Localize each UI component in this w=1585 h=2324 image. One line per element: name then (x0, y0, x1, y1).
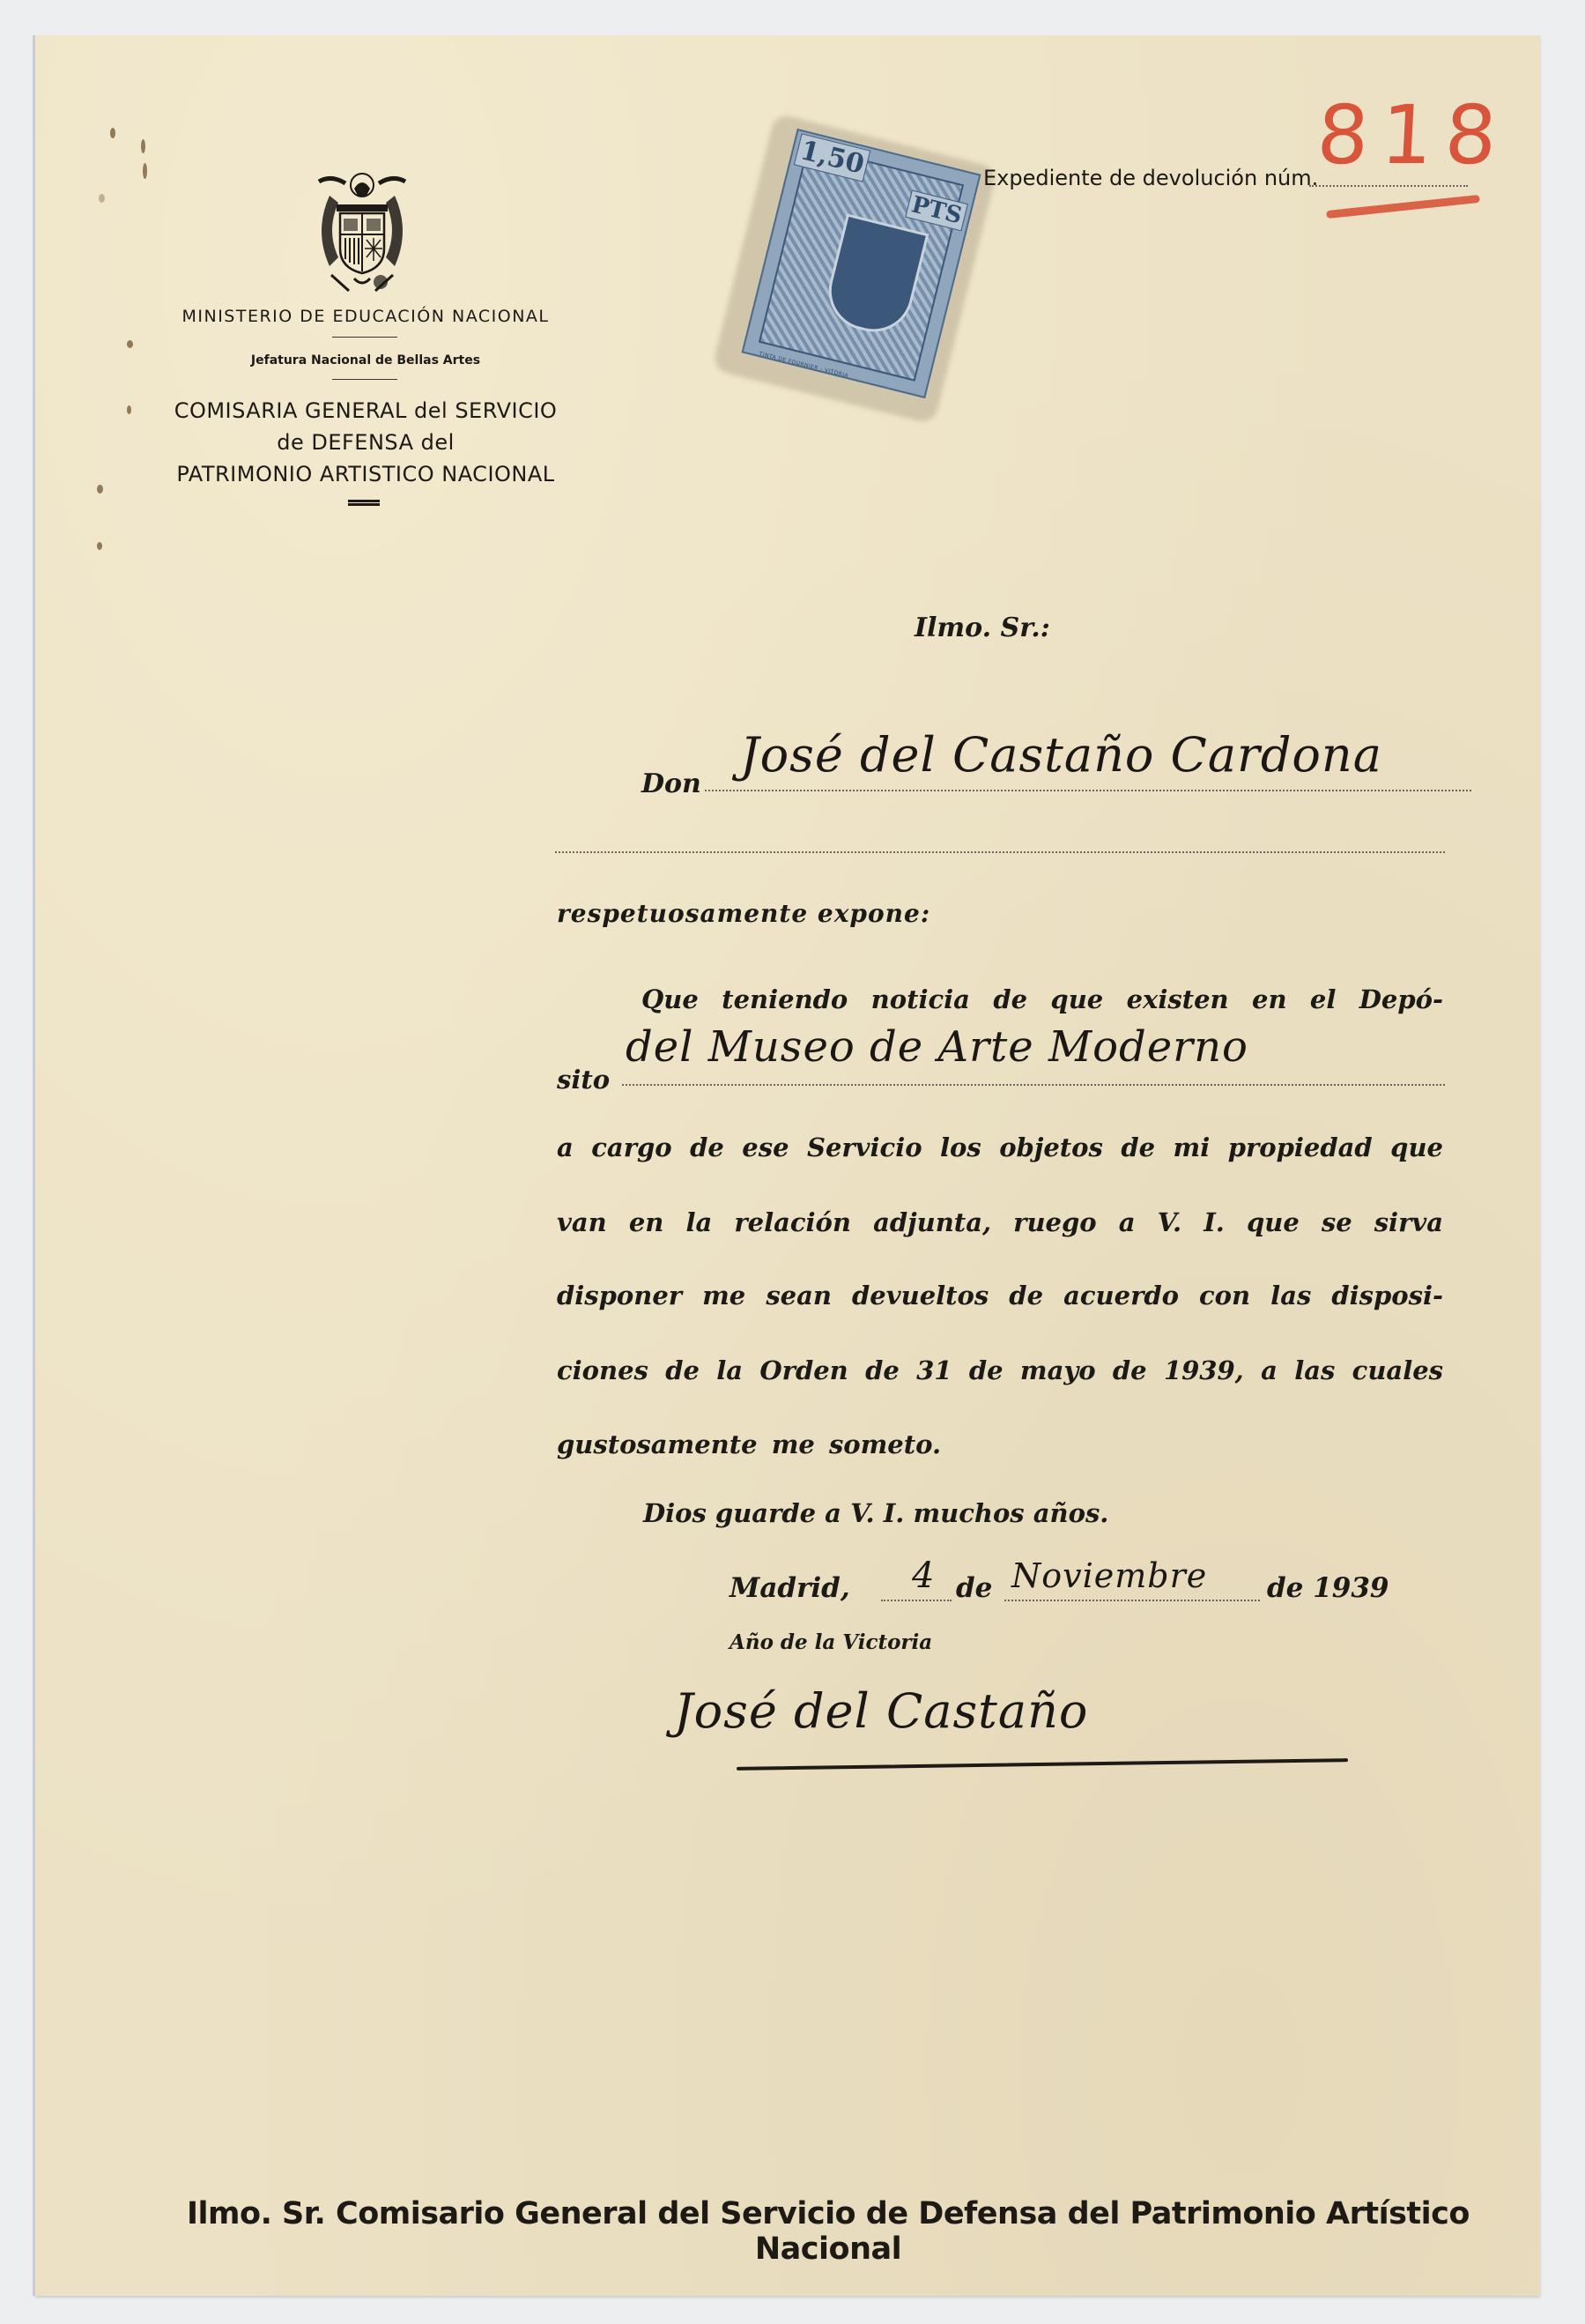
office-line: COMISARIA GENERAL del SERVICIO (145, 395, 586, 427)
office-line: de DEFENSA del (145, 427, 586, 458)
divider (332, 379, 397, 380)
body-line: disponer me sean devueltos de acuerdo co… (557, 1281, 1443, 1310)
date-day: 4 (912, 1556, 935, 1596)
blank-line (555, 851, 1445, 853)
body-line: van en la relación adjunta, ruego a V. I… (557, 1207, 1443, 1237)
date-year: de 1939 (1267, 1572, 1389, 1604)
document-page: MINISTERIO DE EDUCACIÓN NACIONAL Jefatur… (35, 35, 1540, 2296)
signature: José del Castaño (674, 1683, 1088, 1739)
depot-field-line (622, 1084, 1445, 1086)
double-rule (348, 500, 380, 506)
intro-text: respetuosamente expone: (557, 899, 930, 928)
body-line: sito (557, 1065, 610, 1095)
ministry-name: MINISTERIO DE EDUCACIÓN NACIONAL (145, 307, 586, 326)
file-number-underline (1326, 195, 1480, 219)
stain-mark (141, 139, 145, 153)
stain-mark (143, 163, 147, 179)
body-line: Que teniendo noticia de que existen en e… (641, 984, 1443, 1014)
stain-mark (97, 542, 102, 550)
depot-name: del Museo de Arte Moderno (626, 1022, 1248, 1072)
stain-mark (127, 405, 131, 414)
body-line: ciones de la Orden de 31 de mayo de 1939… (557, 1355, 1443, 1385)
coat-of-arms-icon (310, 169, 414, 294)
stain-mark (99, 194, 105, 203)
file-number: 818 (1315, 88, 1511, 182)
stain-mark (110, 128, 115, 138)
date-city: Madrid, (730, 1572, 850, 1604)
file-number-field-line (1309, 185, 1468, 187)
signature-underline (737, 1758, 1348, 1771)
office-line: PATRIMONIO ARTISTICO NACIONAL (145, 458, 586, 490)
body-line: gustosamente me someto. (557, 1429, 1443, 1459)
salutation: Ilmo. Sr.: (915, 613, 1050, 643)
divider (332, 337, 397, 338)
stain-mark (97, 485, 103, 494)
addressee-footer: Ilmo. Sr. Comisario General del Servicio… (185, 2196, 1471, 2267)
applicant-name-line (705, 790, 1471, 791)
stain-mark (127, 340, 133, 348)
body-line: a cargo de ese Servicio los objetos de m… (557, 1132, 1443, 1162)
file-number-label: Expediente de devolución núm. (983, 166, 1318, 190)
stamp-shield-icon (820, 213, 929, 340)
department-name: Jefatura Nacional de Bellas Artes (145, 353, 586, 368)
era-label: Año de la Victoria (730, 1630, 932, 1654)
date-de: de (956, 1572, 992, 1604)
day-field-line (881, 1600, 952, 1601)
month-field-line (1004, 1600, 1260, 1601)
closing-formula: Dios guarde a V. I. muchos años. (643, 1498, 1108, 1528)
applicant-prefix: Don (641, 768, 701, 799)
office-name: COMISARIA GENERAL del SERVICIO de DEFENS… (145, 395, 586, 490)
date-month: Noviembre (1011, 1556, 1207, 1595)
applicant-name: José del Castaño Cardona (740, 727, 1382, 783)
